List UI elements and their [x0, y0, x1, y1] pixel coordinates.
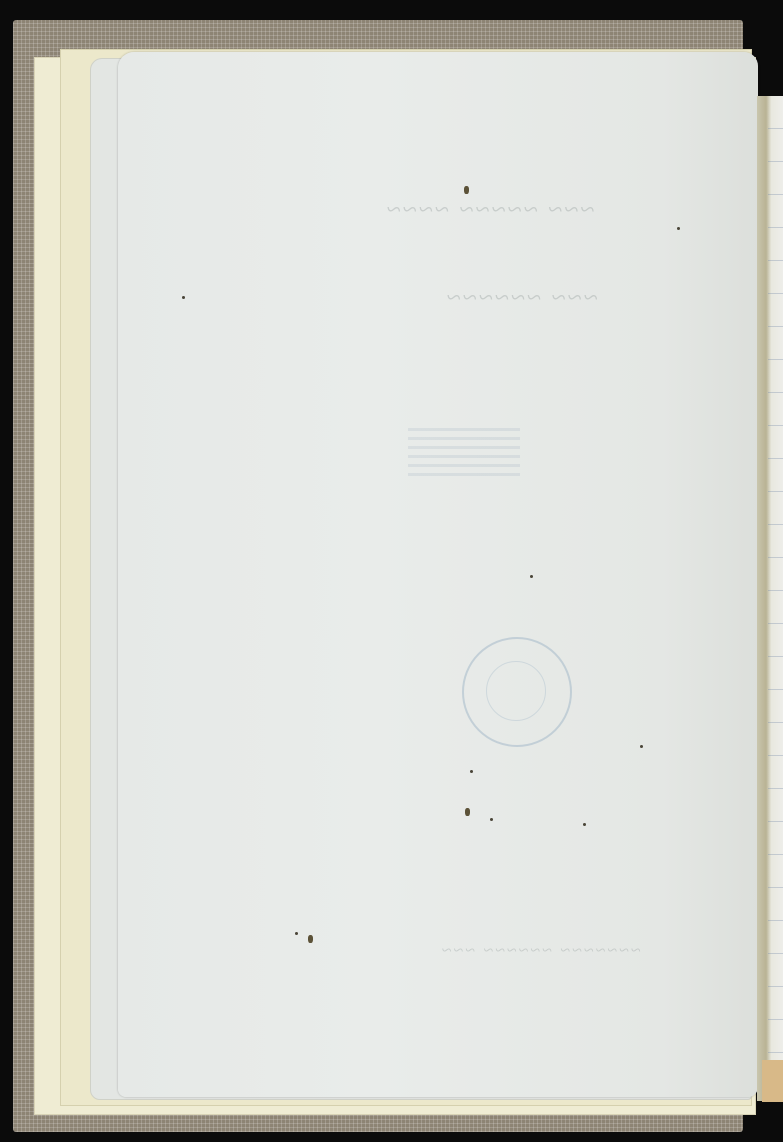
- paper-speck: [295, 932, 298, 935]
- paper-speck: [464, 186, 469, 194]
- paper-speck: [583, 823, 586, 826]
- paper-speck: [677, 227, 680, 230]
- paper-speck: [490, 818, 493, 821]
- show-through-writing-line: ~~~~~~~ ~~~~~~ ~~~: [440, 940, 641, 961]
- show-through-writing-line: ~~~ ~~~~~~: [445, 283, 598, 313]
- paper-speck: [640, 745, 643, 748]
- paper-speck: [530, 575, 533, 578]
- paper-speck: [470, 770, 473, 773]
- paper-speck: [308, 935, 313, 943]
- paper-speck: [465, 808, 470, 816]
- edge-tab: [762, 1060, 783, 1102]
- show-through-writing-line: ~~~ ~~~~~ ~~~~: [385, 195, 595, 225]
- adjacent-ruled-page-edge: [768, 96, 783, 1056]
- paper-speck: [182, 296, 185, 299]
- circular-stamp-inner-ring: [486, 661, 546, 721]
- rectangular-stamp-show-through: [408, 428, 520, 480]
